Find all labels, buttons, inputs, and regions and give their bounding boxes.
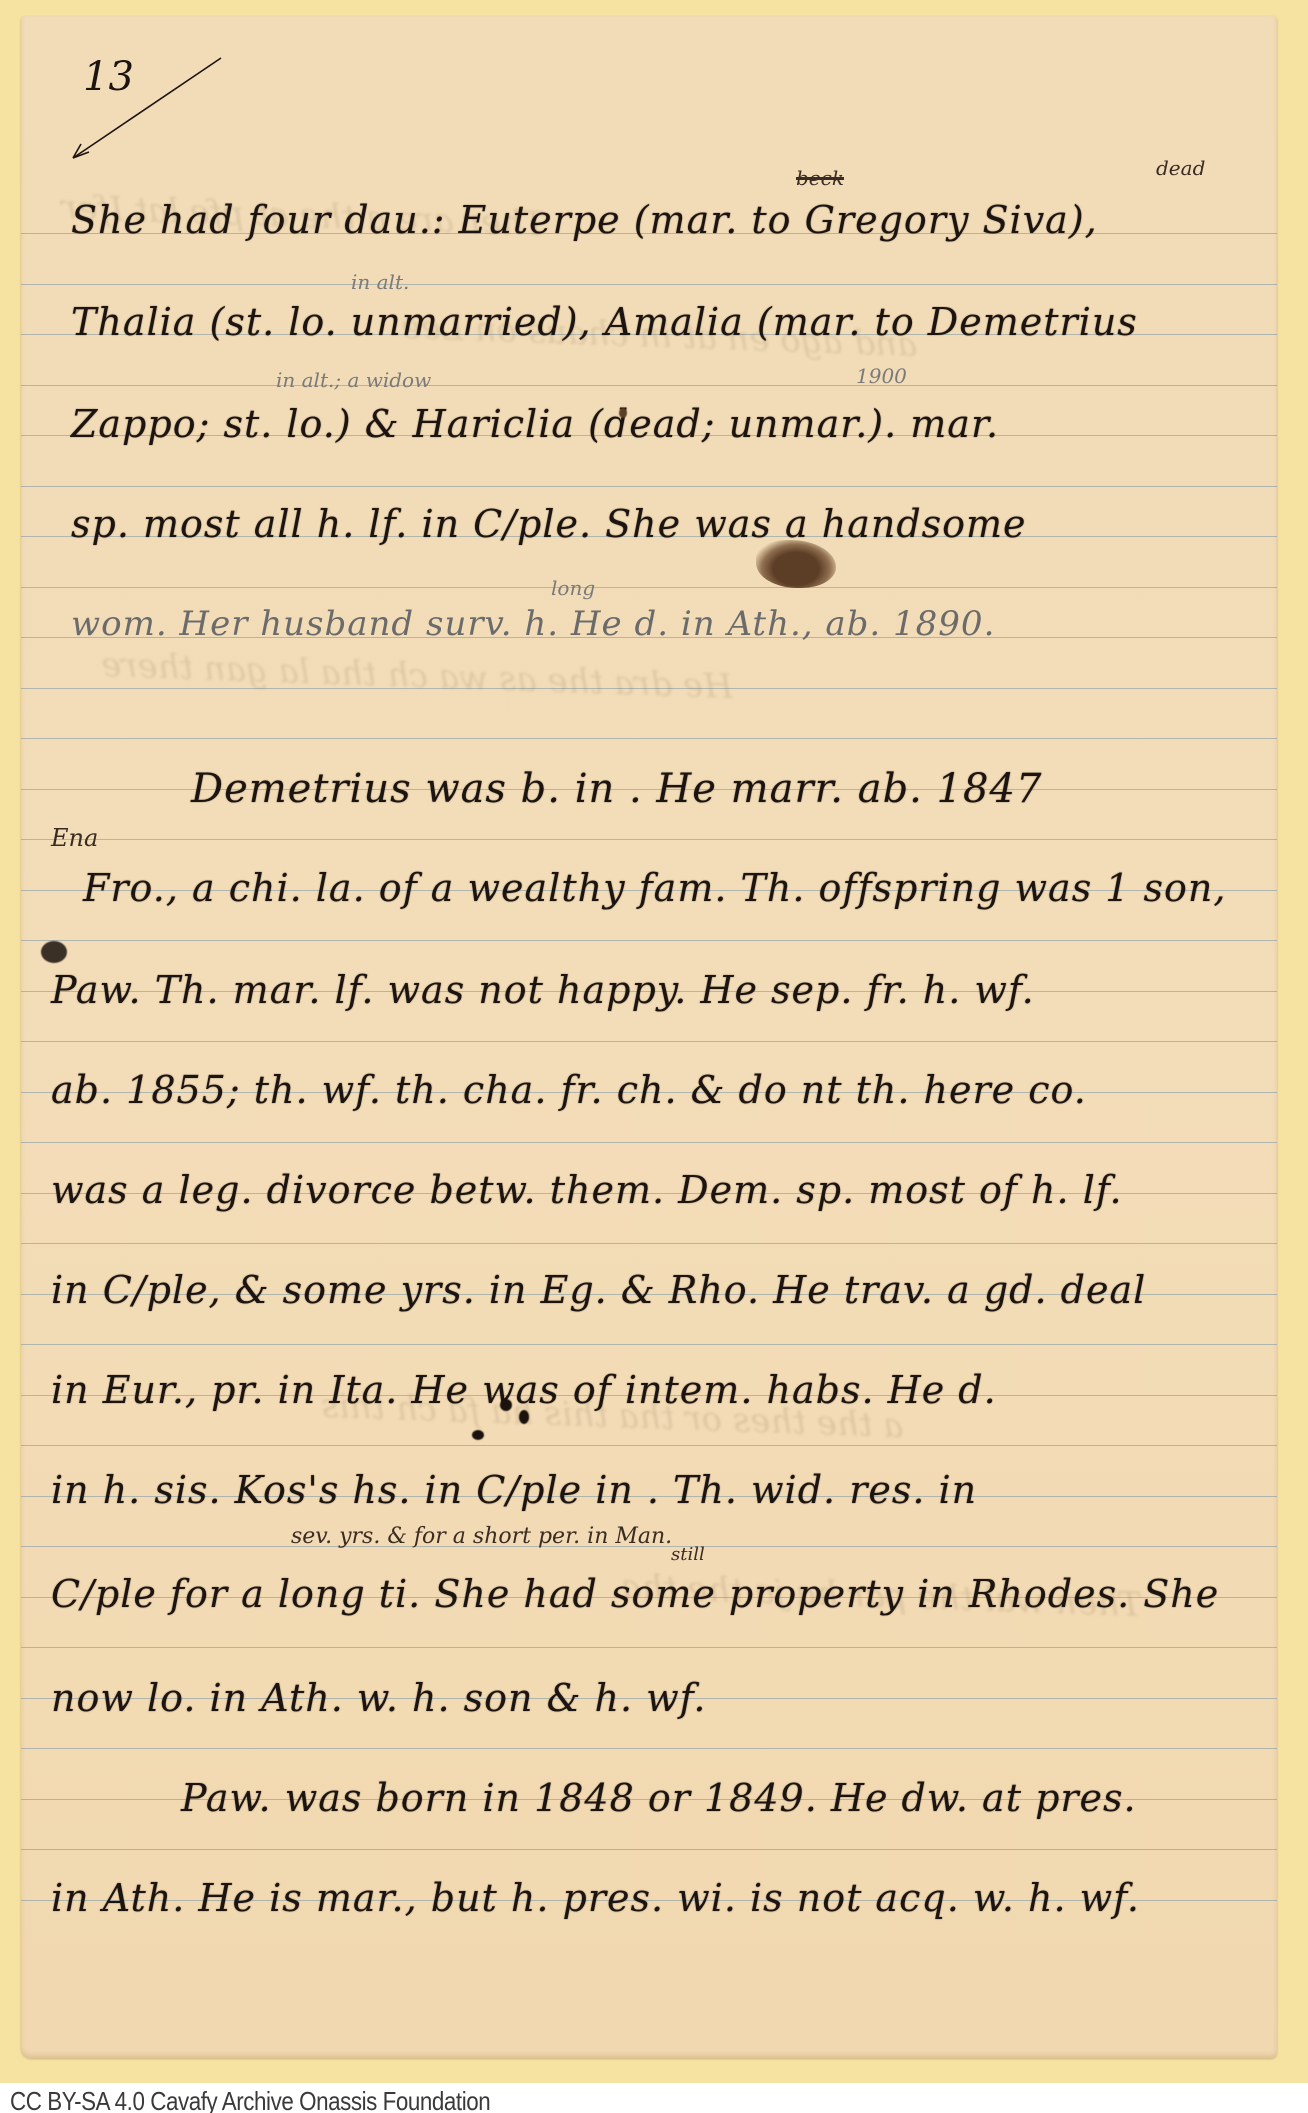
ruled-line bbox=[21, 940, 1277, 941]
ruled-line bbox=[21, 688, 1277, 689]
manuscript-line: Fro., a chi. la. of a wealthy fam. Th. o… bbox=[83, 866, 1226, 910]
manuscript-line: in h. sis. Kos's hs. in C/ple in . Th. w… bbox=[51, 1468, 977, 1512]
ruled-line bbox=[21, 284, 1277, 285]
ruled-line bbox=[21, 839, 1277, 840]
ruled-line bbox=[21, 1445, 1277, 1446]
manuscript-line: in Ath. He is mar., but h. pres. wi. is … bbox=[51, 1876, 1140, 1920]
superscript-insertion: still bbox=[671, 1544, 705, 1565]
manuscript-line: in C/ple, & some yrs. in Eg. & Rho. He t… bbox=[51, 1268, 1146, 1312]
manuscript-line: now lo. in Ath. w. h. son & h. wf. bbox=[51, 1676, 706, 1720]
ink-blot bbox=[472, 1430, 484, 1440]
manuscript-line: was a leg. divorce betw. them. Dem. sp. … bbox=[51, 1168, 1123, 1212]
manuscript-line: C/ple for a long ti. She had some proper… bbox=[51, 1572, 1219, 1616]
margin-note: Ena bbox=[51, 824, 98, 852]
ruled-line bbox=[21, 1344, 1277, 1345]
ink-blot bbox=[41, 941, 67, 963]
bleed-through: He dra the as wa ch tha la gan there bbox=[100, 645, 733, 707]
manuscript-line: She had four dau.: Euterpe (mar. to Greg… bbox=[71, 198, 1098, 242]
ruled-line bbox=[21, 486, 1277, 487]
ruled-line bbox=[21, 1647, 1277, 1648]
license-credit: CC BY-SA 4.0 Cavafy Archive Onassis Foun… bbox=[10, 2086, 490, 2113]
superscript-insertion: in alt.; a widow bbox=[276, 368, 431, 392]
manuscript-line: Paw. was born in 1848 or 1849. He dw. at… bbox=[181, 1776, 1137, 1820]
ruled-line bbox=[21, 587, 1277, 588]
ruled-line bbox=[21, 1849, 1277, 1850]
diagonal-arrow-icon bbox=[51, 46, 231, 166]
superscript-insertion: long bbox=[551, 576, 595, 600]
ink-blot bbox=[500, 1399, 512, 1411]
struck-insertion: beck bbox=[796, 166, 844, 190]
ruled-line bbox=[21, 738, 1277, 739]
superscript-insertion: 1900 bbox=[856, 364, 907, 388]
manuscript-page: Ther are a the at pfe lat Ifer and ago e… bbox=[21, 16, 1277, 2058]
superscript-insertion: in alt. bbox=[351, 270, 409, 294]
ruled-line bbox=[21, 1041, 1277, 1042]
ruled-line bbox=[21, 1748, 1277, 1749]
manuscript-line: Paw. Th. mar. lf. was not happy. He sep.… bbox=[51, 968, 1035, 1012]
manuscript-line-pencil: wom. Her husband surv. h. He d. in Ath.,… bbox=[71, 604, 995, 644]
manuscript-line: sp. most all h. lf. in C/ple. She was a … bbox=[71, 502, 1027, 546]
ink-stain bbox=[756, 540, 836, 588]
ruled-line bbox=[21, 1243, 1277, 1244]
ink-blot bbox=[619, 408, 627, 418]
ink-blot bbox=[519, 1410, 529, 1424]
manuscript-line: in Eur., pr. in Ita. He was of intem. ha… bbox=[51, 1368, 997, 1412]
manuscript-line: Demetrius was b. in . He marr. ab. 1847 bbox=[191, 766, 1042, 812]
ruled-line bbox=[21, 385, 1277, 386]
manuscript-line: ab. 1855; th. wf. th. cha. fr. ch. & do … bbox=[51, 1068, 1087, 1112]
manuscript-line: Thalia (st. lo. unmarried), Amalia (mar.… bbox=[71, 300, 1138, 344]
manuscript-line: Zappo; st. lo.) & Hariclia (dead; unmar.… bbox=[71, 402, 999, 446]
ruled-line bbox=[21, 1142, 1277, 1143]
superscript-insertion: sev. yrs. & for a short per. in Man. bbox=[291, 1524, 672, 1549]
superscript-insertion: dead bbox=[1156, 156, 1205, 180]
